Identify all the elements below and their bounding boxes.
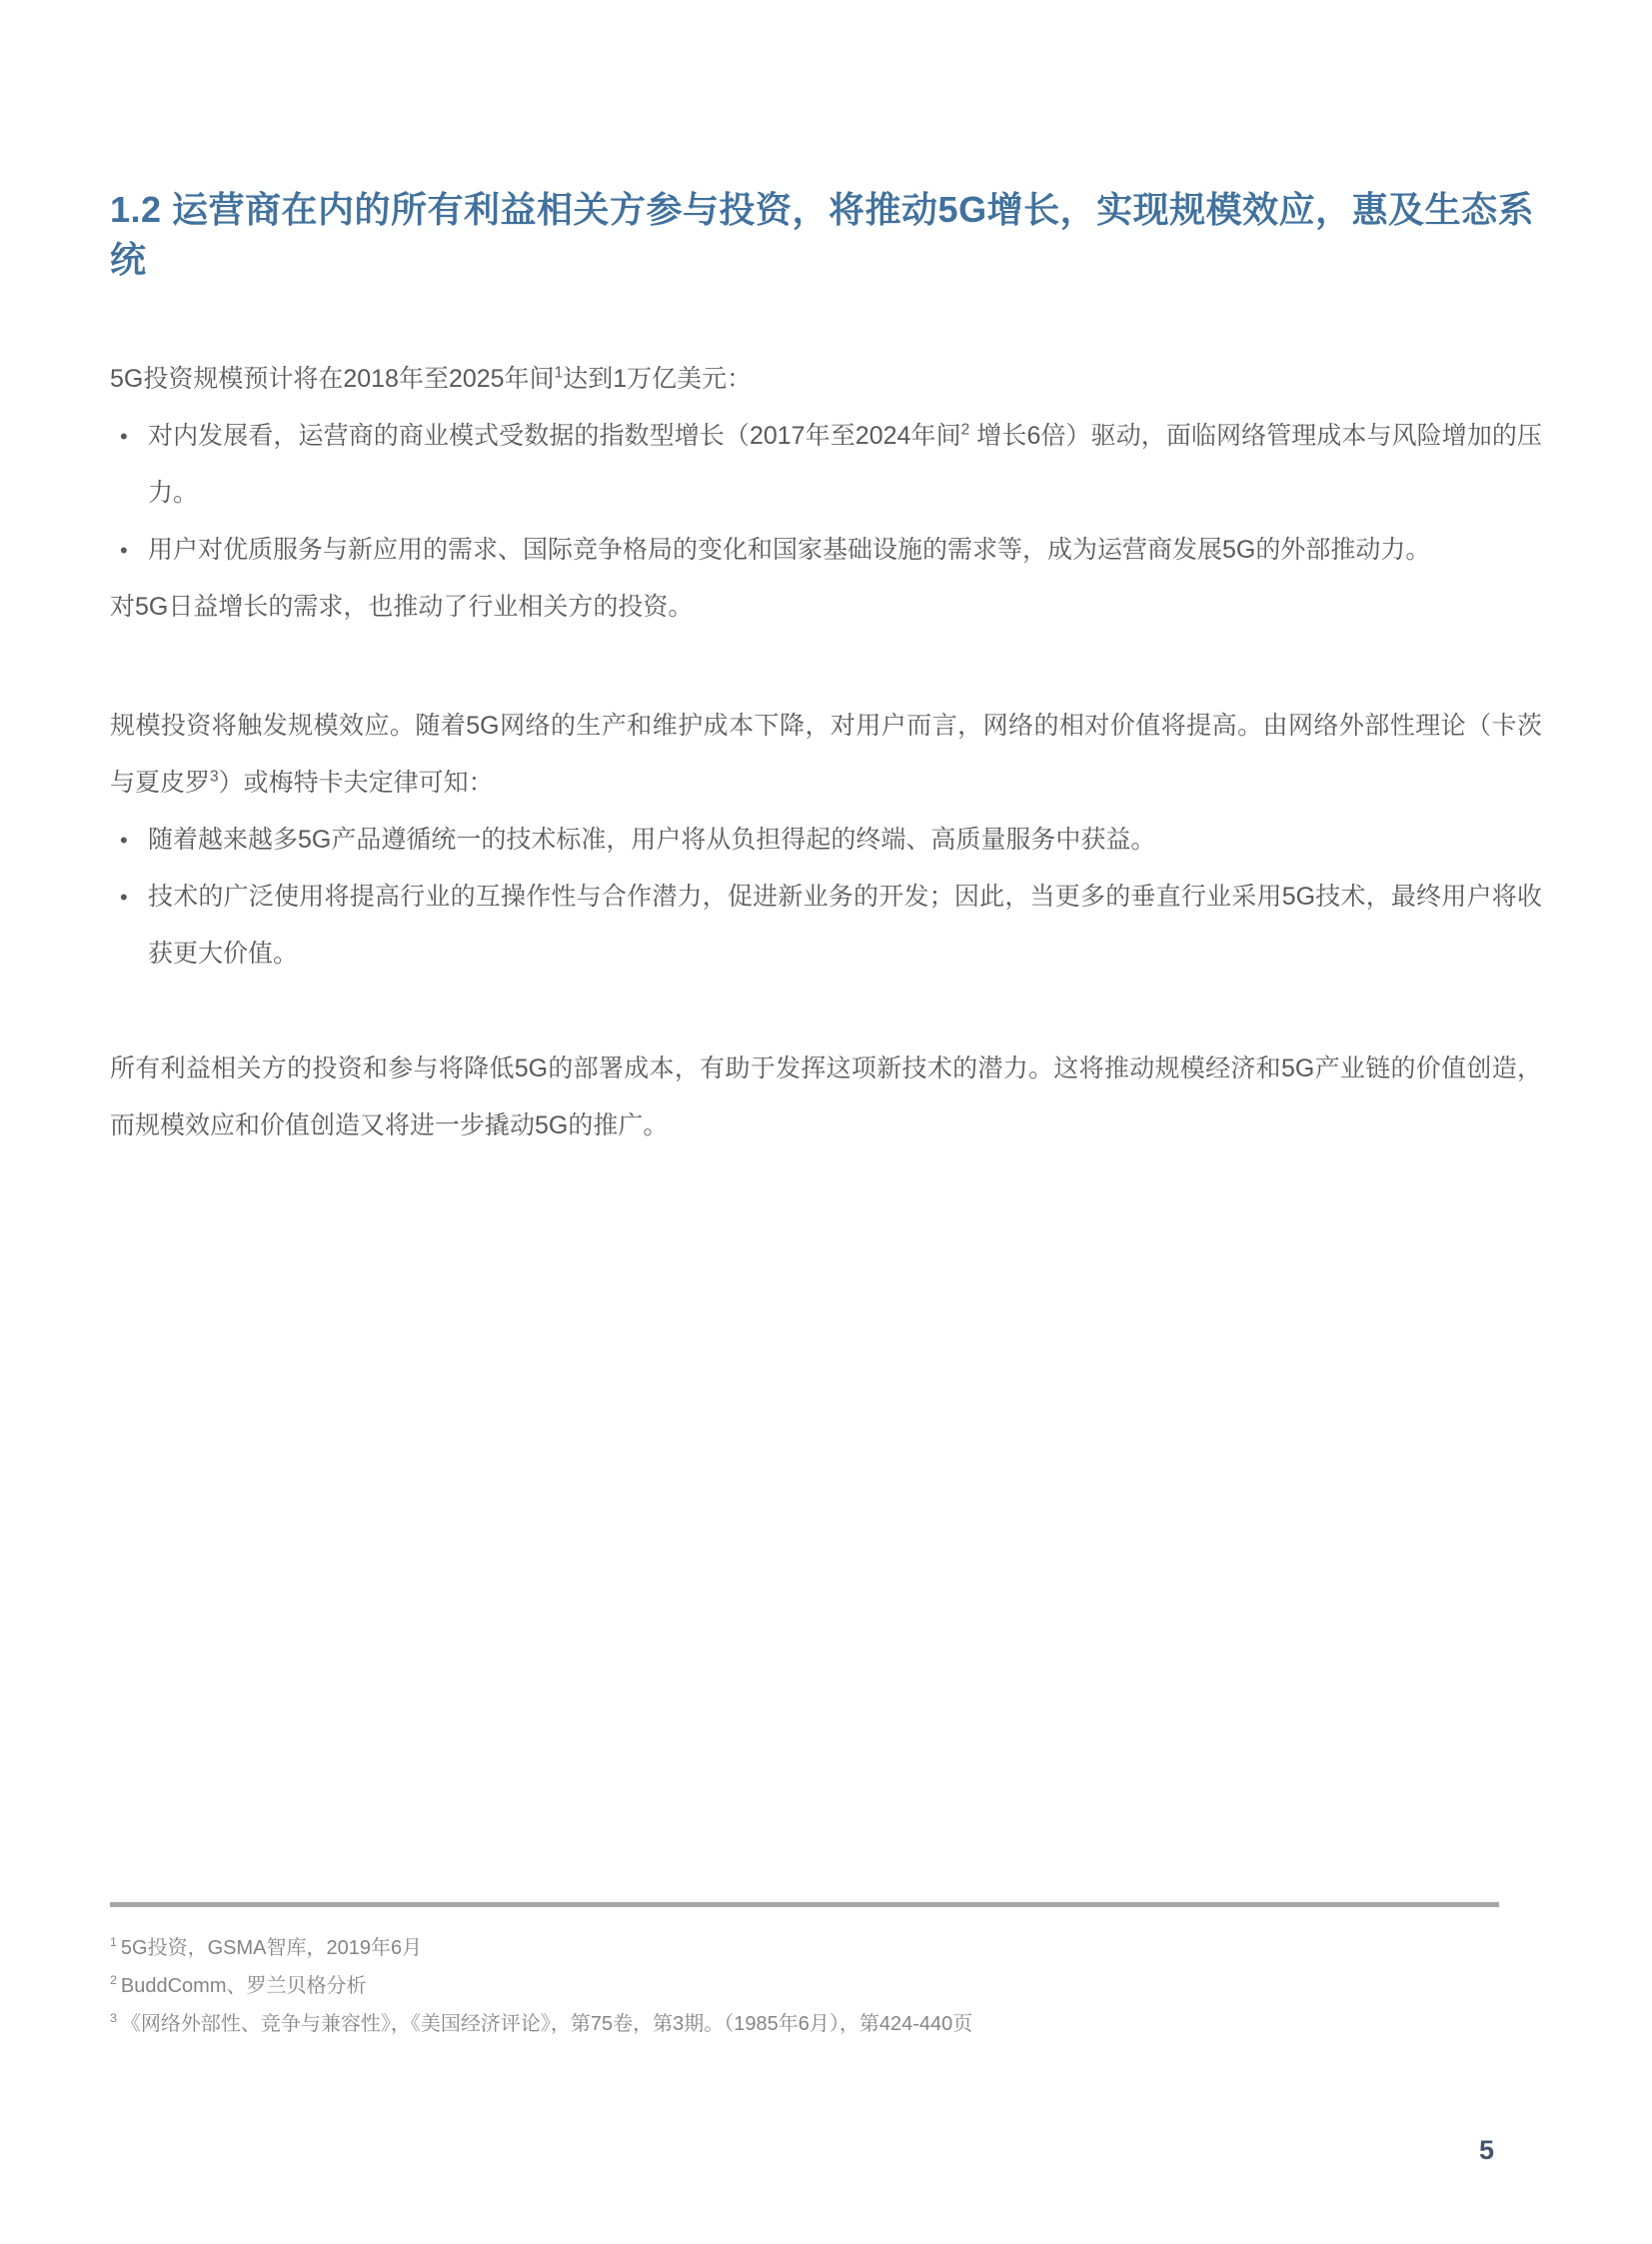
bullet-text-pre: 对内发展看，运营商的商业模式受数据的指数型增长（2017年至2024年间 xyxy=(148,422,961,450)
intro-text-pre: 5G投资规模预计将在2018年至2025年间 xyxy=(110,365,555,393)
footnote-number: 3 xyxy=(110,2011,117,2025)
stakeholders-paragraph: 所有利益相关方的投资和参与将降低5G的部署成本，有助于发挥这项新技术的潜力。这将… xyxy=(110,1041,1542,1154)
scale-text-post: ）或梅特卡夫定律可知： xyxy=(219,769,494,797)
footnote-list: 15G投资，GSMA智库，2019年6月 2BuddComm、罗兰贝格分析 3《… xyxy=(110,1929,1542,2043)
document-page: 1.2 运营商在内的所有利益相关方参与投资，将推动5G增长，实现规模效应，惠及生… xyxy=(0,0,1652,2244)
footnote-item: 15G投资，GSMA智库，2019年6月 xyxy=(110,1929,1542,1967)
scale-effect-paragraph: 规模投资将触发规模效应。随着5G网络的生产和维护成本下降，对用户而言，网络的相对… xyxy=(110,698,1542,812)
footnote-ref-3: 3 xyxy=(210,769,219,786)
footnote-number: 2 xyxy=(110,1973,117,1987)
footnote-area: 15G投资，GSMA智库，2019年6月 2BuddComm、罗兰贝格分析 3《… xyxy=(110,1902,1542,2043)
benefits-bullet-list: •随着越来越多5G产品遵循统一的技术标准，用户将从负担得起的终端、高质量服务中获… xyxy=(110,812,1542,983)
footnote-item: 2BuddComm、罗兰贝格分析 xyxy=(110,1967,1542,2005)
bullet-marker-icon: • xyxy=(120,522,128,579)
bullet-marker-icon: • xyxy=(120,869,128,926)
footnote-text: BuddComm、罗兰贝格分析 xyxy=(121,1975,367,1997)
footnote-text: 《网络外部性、竞争与兼容性》，《美国经济评论》，第75卷，第3期。（1985年6… xyxy=(121,2013,972,2035)
list-item: •用户对优质服务与新应用的需求、国际竞争格局的变化和国家基础设施的需求等，成为运… xyxy=(110,522,1542,579)
demand-paragraph: 对5G日益增长的需求，也推动了行业相关方的投资。 xyxy=(110,579,1542,636)
list-item: •技术的广泛使用将提高行业的互操作性与合作潜力，促进新业务的开发；因此，当更多的… xyxy=(110,869,1542,983)
footnote-number: 1 xyxy=(110,1935,117,1949)
footnote-text: 5G投资，GSMA智库，2019年6月 xyxy=(121,1937,422,1959)
bullet-marker-icon: • xyxy=(120,812,128,869)
bullet-marker-icon: • xyxy=(120,408,128,465)
page-number: 5 xyxy=(1479,2135,1494,2166)
drivers-bullet-list: •对内发展看，运营商的商业模式受数据的指数型增长（2017年至2024年间2 增… xyxy=(110,408,1542,579)
bullet-text: 技术的广泛使用将提高行业的互操作性与合作潜力，促进新业务的开发；因此，当更多的垂… xyxy=(148,883,1542,968)
list-item: •对内发展看，运营商的商业模式受数据的指数型增长（2017年至2024年间2 增… xyxy=(110,408,1542,522)
intro-paragraph: 5G投资规模预计将在2018年至2025年间1达到1万亿美元： xyxy=(110,351,1542,408)
section-heading: 1.2 运营商在内的所有利益相关方参与投资，将推动5G增长，实现规模效应，惠及生… xyxy=(110,185,1542,285)
footnote-divider xyxy=(110,1902,1499,1907)
bullet-text: 用户对优质服务与新应用的需求、国际竞争格局的变化和国家基础设施的需求等，成为运营… xyxy=(148,536,1430,564)
footnote-ref-2: 2 xyxy=(961,422,970,439)
footnote-ref-1: 1 xyxy=(555,365,564,382)
bullet-text: 随着越来越多5G产品遵循统一的技术标准，用户将从负担得起的终端、高质量服务中获益… xyxy=(148,826,1155,854)
list-item: •随着越来越多5G产品遵循统一的技术标准，用户将从负担得起的终端、高质量服务中获… xyxy=(110,812,1542,869)
footnote-item: 3《网络外部性、竞争与兼容性》，《美国经济评论》，第75卷，第3期。（1985年… xyxy=(110,2005,1542,2043)
intro-text-post: 达到1万亿美元： xyxy=(563,365,752,393)
